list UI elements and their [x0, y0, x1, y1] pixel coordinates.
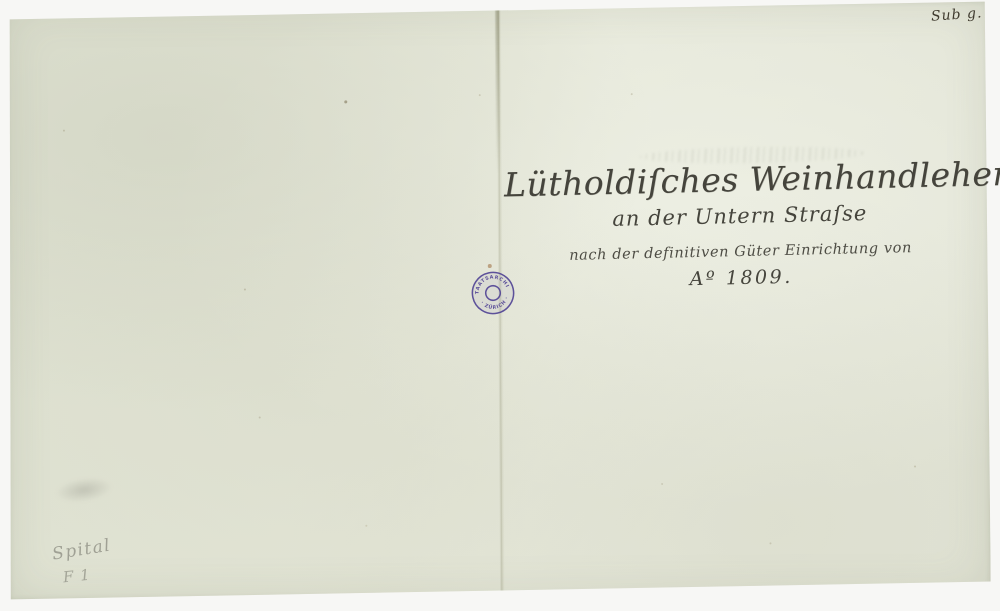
- title-block: Lütholdiſches Weinhandlehen an der Unter…: [504, 155, 977, 295]
- pencil-note-f1: F 1: [62, 566, 91, 587]
- foxing-specks: [6, 7, 8, 9]
- title-line-3: nach der definitiven Güter Einrichtung v…: [506, 239, 976, 266]
- scanned-document: Sub g. Lütholdiſches Weinhandlehen an de…: [0, 0, 1000, 611]
- archive-stamp: STAATSARCHIV · ZÜRICH ·: [466, 266, 521, 321]
- title-line-2: an der Untern Straſse: [505, 199, 975, 234]
